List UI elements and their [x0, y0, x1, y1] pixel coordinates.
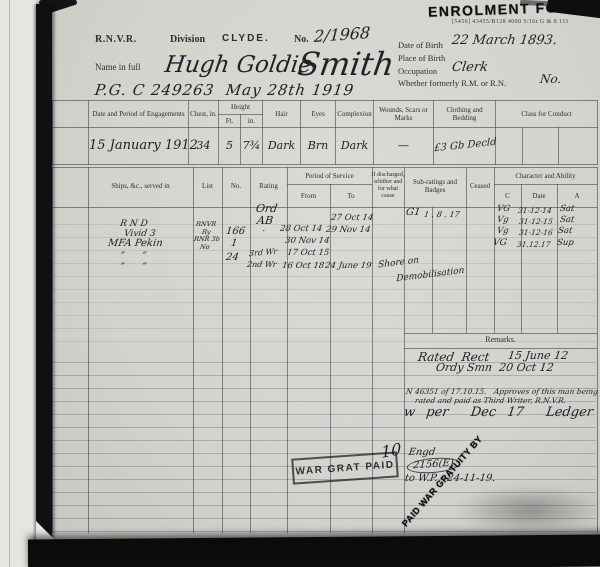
engagement-table: Date and Period of Engagements Chest, in…	[52, 100, 598, 165]
height-ft-value: 5	[226, 139, 233, 152]
wounds-value: —	[398, 139, 409, 152]
list-entry: RNR 3b	[193, 235, 220, 243]
name-label: Name in full	[95, 62, 141, 72]
number-entry: 1	[230, 238, 238, 249]
former-service-label: Whether formerly R.M. or R.N.	[398, 78, 506, 88]
engagement-left-margin-cell	[53, 101, 89, 128]
col-height-in: in.	[241, 115, 263, 128]
list-entry: No	[199, 243, 210, 251]
svc-rule-date	[557, 184, 558, 333]
remarks-top-rule	[404, 333, 597, 334]
rating-entry: 3rd Wr	[249, 247, 278, 259]
svc-rule-no	[250, 167, 251, 533]
hdr-from: From	[287, 192, 330, 200]
svc-rule-margin	[88, 167, 89, 533]
col-clothing: Clothing and Bedding	[434, 101, 496, 128]
printers-code: [5456] 43455/B128 4000 5/16r G & S 111	[452, 19, 569, 25]
svc-rule-ships	[193, 167, 194, 533]
to-date: 29 Nov 14	[325, 225, 371, 235]
binding-gutter-shadow	[36, 4, 52, 549]
character-a: Sup	[556, 238, 574, 248]
wp-line-prefix: Engd	[408, 447, 436, 458]
division-label: Division	[170, 34, 205, 45]
eyes-value: Brn	[308, 139, 328, 152]
hdr-no: No.	[222, 182, 250, 190]
character-date: 31-12-15	[518, 217, 553, 226]
hdr-character-a: A	[557, 192, 597, 200]
bottom-scan-band	[28, 534, 600, 567]
ship-entry: MFA Pekin	[107, 238, 163, 249]
occupation-label: Occupation	[398, 66, 437, 76]
character-a: Sat	[557, 226, 573, 236]
hdr-character-date: Date	[521, 192, 557, 200]
from-date: 28 Oct 14	[279, 224, 323, 234]
bottom-right-smudge	[455, 485, 600, 535]
date-of-birth-value: 22 March 1893.	[451, 33, 558, 48]
col-eyes: Eyes	[301, 101, 336, 128]
cell-hair: Dark	[263, 128, 301, 165]
character-c: Vg	[496, 226, 509, 236]
height-in-value: 7¾	[243, 139, 261, 152]
from-date: 30 Nov 14	[284, 236, 330, 246]
from-date: 16 Oct 18	[281, 261, 325, 271]
occupation-value: Clerk	[451, 60, 489, 75]
rating-ditto: ·	[261, 226, 266, 237]
org-label: R.N.V.R.	[95, 34, 137, 45]
hdr-ships: Ships, &c., served in	[88, 182, 193, 190]
col-date-period: Date and Period of Engagements	[89, 101, 189, 128]
character-a: Sat	[559, 215, 575, 225]
cell-date-period: 15 January 1912	[89, 128, 189, 165]
cell-wounds: —	[374, 128, 434, 165]
cell-left-margin	[53, 128, 89, 165]
cell-clothing: £3 Gb Decld	[434, 128, 496, 165]
rating-entry: 2nd Wr	[246, 260, 277, 269]
col-complexion: Complexion	[336, 101, 374, 128]
character-date: 31.12.17	[516, 240, 551, 249]
character-c: VG	[496, 204, 510, 214]
cell-conduct-2	[523, 128, 559, 165]
hdr-ceased: Ceased	[466, 182, 494, 190]
character-date: 31-12-14	[517, 206, 552, 215]
hdr-character: Character and Ability	[494, 172, 597, 180]
svc-header-bottom-rule	[52, 207, 597, 208]
list-entry: RNVR	[195, 220, 216, 228]
cell-conduct-1	[496, 128, 523, 165]
character-a: Sat	[559, 204, 575, 214]
to-date: 24 June 19	[324, 261, 372, 271]
bottom-left-page-fold	[36, 521, 56, 541]
discharge-note-line2: Demobilisation	[396, 266, 464, 284]
cell-complexion: Dark	[336, 128, 374, 165]
hair-value: Dark	[268, 139, 295, 152]
number-entry: 24	[225, 252, 239, 263]
hdr-subratings: Sub-ratings and Badges	[404, 178, 466, 194]
from-date: 17 Oct 15	[286, 248, 330, 258]
number-value: 2/1968	[313, 23, 370, 46]
place-of-birth-label: Place of Birth	[398, 53, 445, 63]
date-of-birth-label: Date of Birth	[398, 40, 443, 50]
cell-height-ft: 5	[219, 128, 241, 165]
chest-value: 34	[197, 139, 211, 152]
engagement-row: 15 January 1912 34 5 7¾ Dark Brn Dark — …	[53, 128, 598, 165]
col-chest: Chest, in.	[189, 101, 219, 128]
to-date: 27 Oct 14	[330, 213, 374, 223]
svc-rule-rating	[287, 167, 288, 533]
ship-ditto: ” ”	[119, 251, 147, 261]
cell-conduct-3	[559, 128, 598, 165]
col-height-ft: Ft.	[219, 115, 241, 128]
hdr-period: Period of Service	[287, 172, 372, 180]
character-date: 31-12-16	[518, 228, 553, 237]
hdr-character-c: C	[494, 192, 521, 200]
hdr-to: To	[330, 192, 372, 200]
cell-height-in: 7¾	[241, 128, 263, 165]
col-conduct: Class for Conduct	[496, 101, 598, 128]
hdr-list: List	[193, 182, 222, 190]
character-c: Vg	[496, 215, 509, 225]
engagement-date: 15 January 1912	[89, 138, 198, 153]
scan-edge-line	[9, 0, 10, 567]
discharge-note-line1: Shore on	[378, 255, 419, 270]
cell-eyes: Brn	[301, 128, 336, 165]
former-service-value: No.	[539, 72, 562, 86]
remarks-ledger-line: w per Dec 17 Ledger	[403, 405, 594, 420]
svc-top-rule	[52, 167, 597, 168]
svc-rule-left	[52, 167, 53, 533]
reference-note: P.G. C 249263 May 28th 1919	[94, 81, 356, 99]
col-height: Height	[219, 101, 263, 115]
remarks-approval-line1: N 46351 of 17.10.15. Approves of this ma…	[405, 387, 598, 396]
col-hair: Hair	[263, 101, 301, 128]
number-label: No.	[294, 34, 309, 45]
name-script-surname: Smith	[295, 45, 396, 83]
col-wounds: Wounds, Scars or Marks	[374, 101, 434, 128]
hdr-rating: Rating	[250, 182, 287, 190]
war-grat-paid-text: WAR GRAT PAID	[295, 459, 395, 477]
ship-entry: R N D	[119, 219, 148, 229]
svc-character-subrule	[494, 184, 597, 185]
clothing-value: £3 Gb Decld	[434, 137, 497, 155]
remarks-ordy-smn: Ordy Smn 20 Oct 12	[435, 361, 554, 374]
remarks-title: Remarks.	[404, 335, 597, 344]
svc-rule-list	[222, 167, 223, 533]
scanned-enrolment-form: ENROLMENT FORM. [5456] 43455/B128 4000 5…	[0, 0, 600, 567]
ship-ditto: ” ”	[119, 262, 147, 272]
remarks-approval-line2: rated and paid as Third Writer, R.N.V.R.	[414, 396, 566, 405]
division-value: CLYDE.	[222, 33, 270, 44]
svc-rule-subrating	[466, 167, 467, 333]
subrating-date: 1 . 8 . 17	[423, 210, 460, 219]
number-entry: 166	[225, 226, 246, 237]
complexion-value: Dark	[341, 139, 368, 152]
hdr-discharged: If discharged, whither and for what caus…	[371, 172, 405, 200]
svc-rule-right	[597, 167, 598, 533]
subrating-badge: G1	[405, 207, 421, 218]
character-c: VG	[492, 238, 507, 248]
